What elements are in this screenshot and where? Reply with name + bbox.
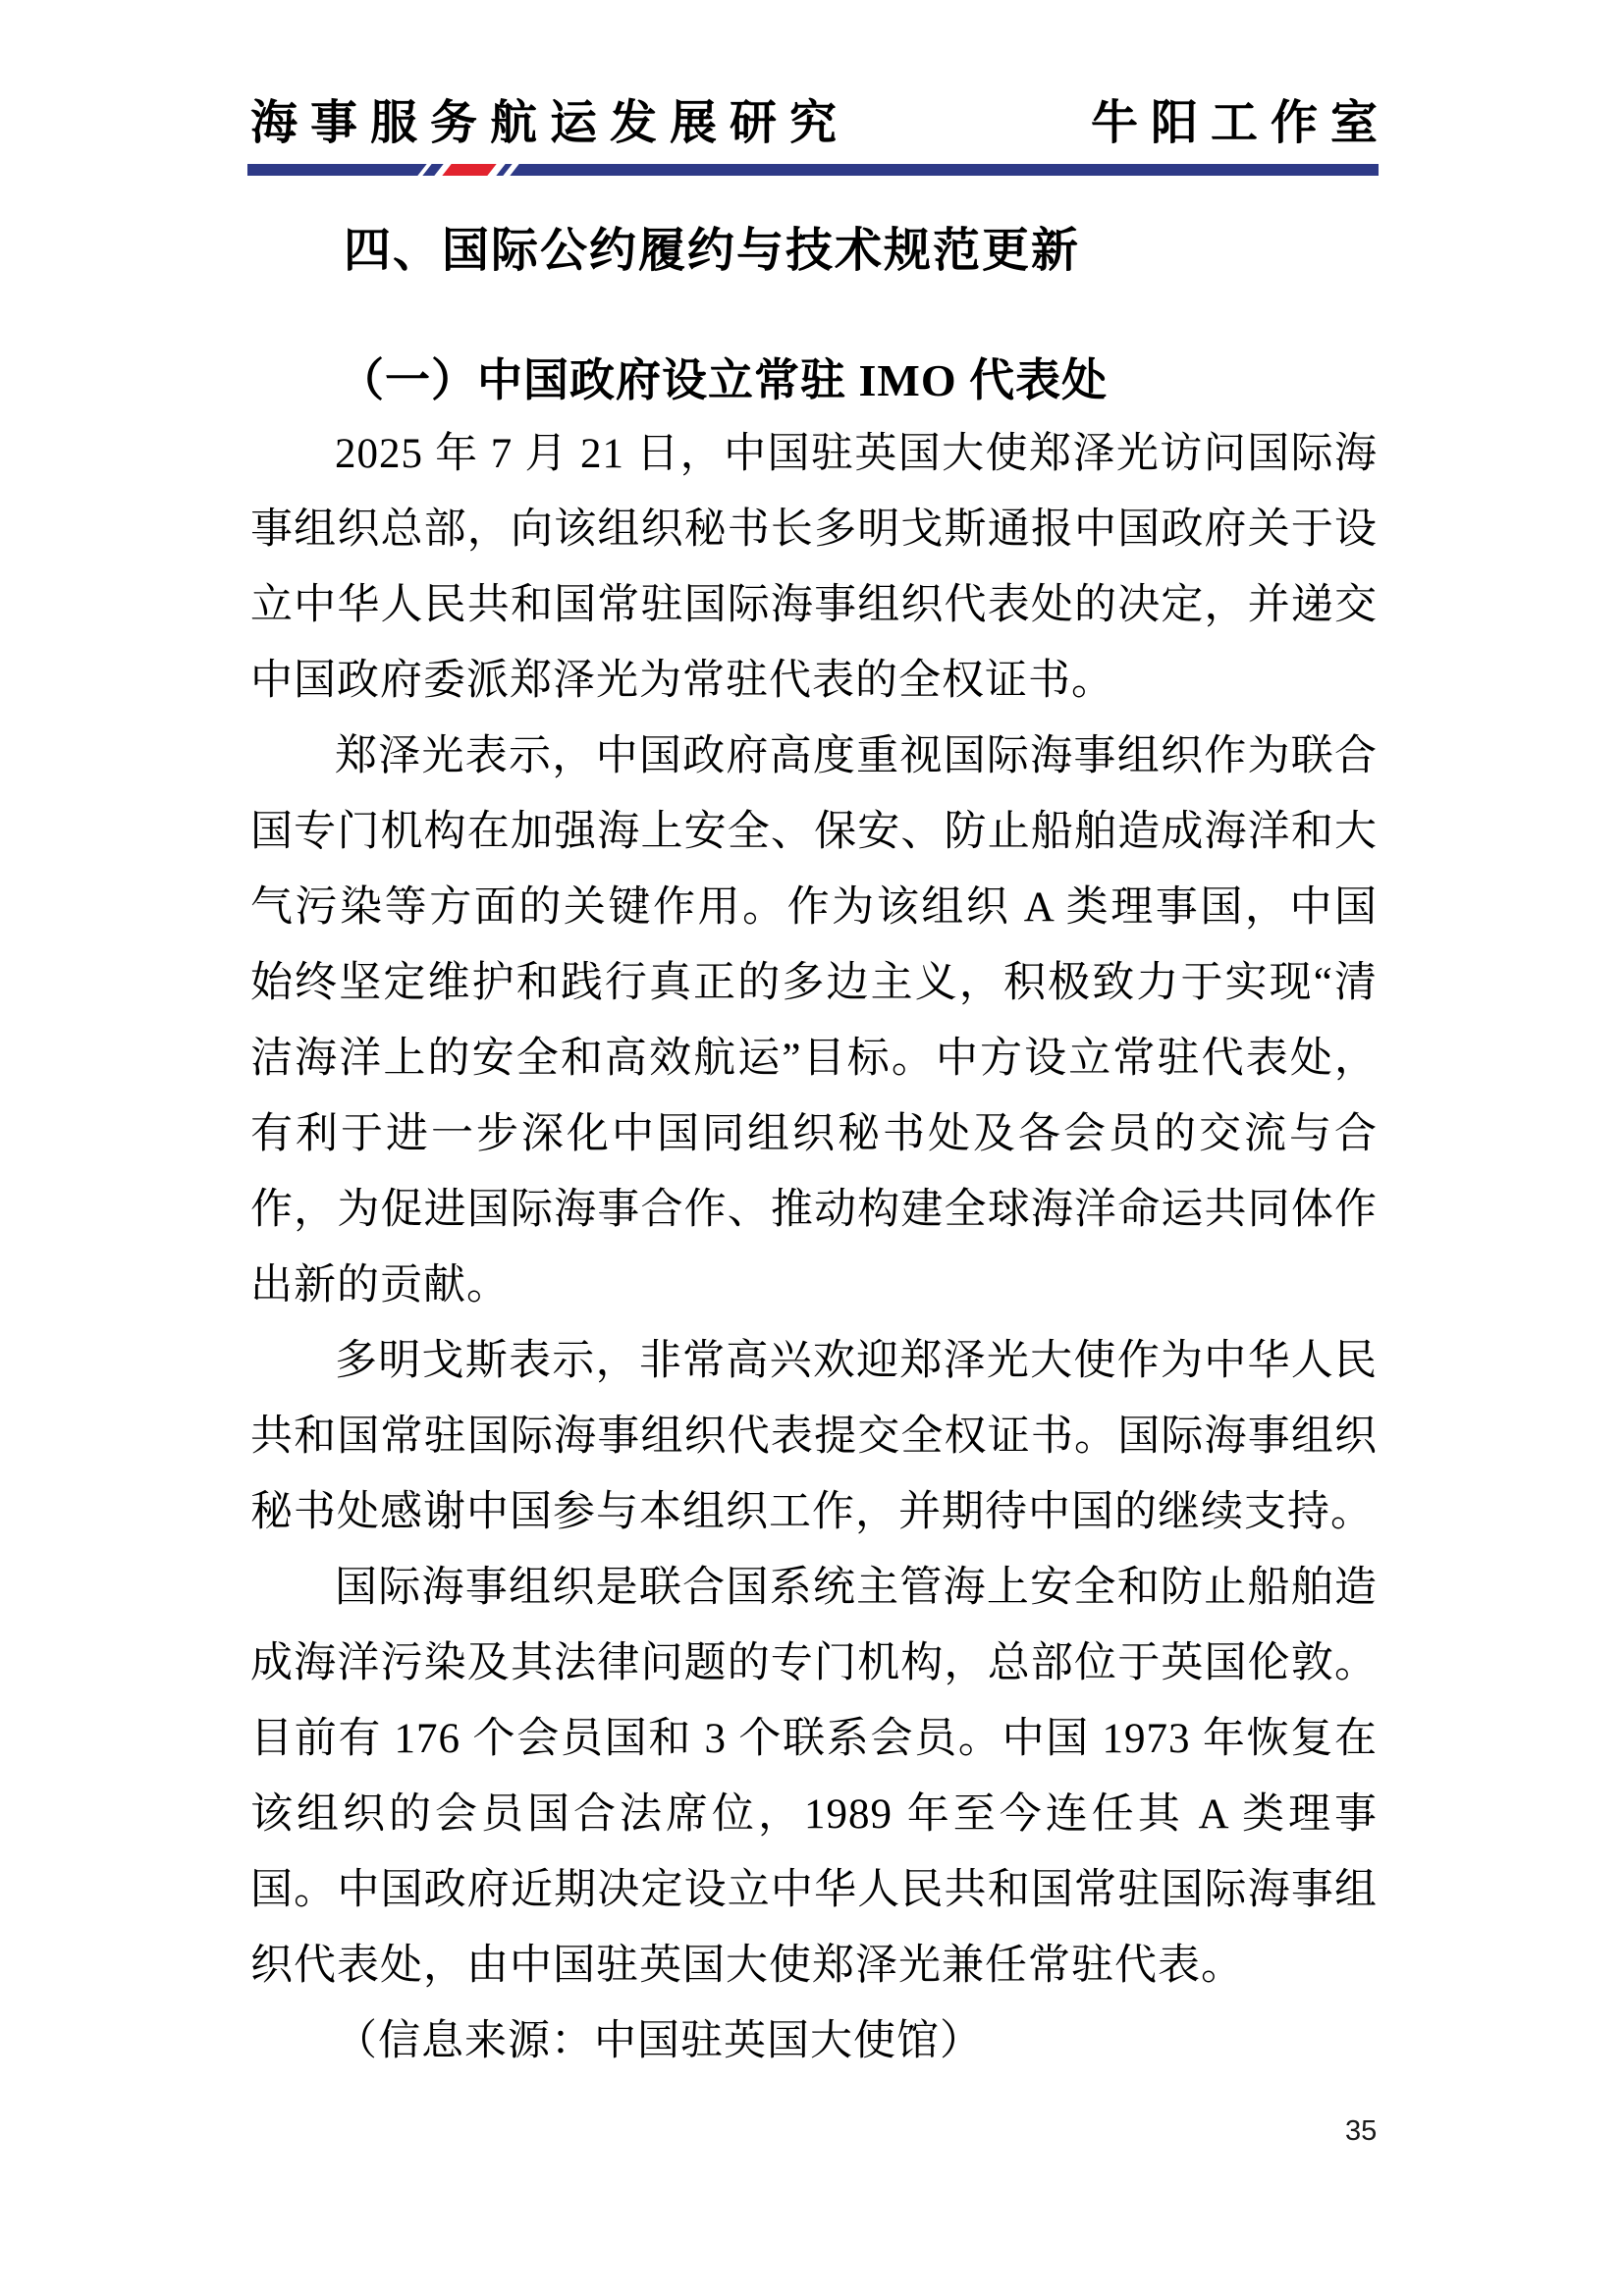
body-paragraph: 郑泽光表示，中国政府高度重视国际海事组织作为联合国专门机构在加强海上安全、保安、… xyxy=(250,719,1378,1323)
body-paragraph: 2025 年 7 月 21 日，中国驻英国大使郑泽光访问国际海事组织总部，向该组… xyxy=(250,416,1378,719)
header-divider-bar xyxy=(247,164,1379,176)
source-line: （信息来源：中国驻英国大使馆） xyxy=(250,2003,1378,2079)
document-page: 海事服务航运发展研究 牛阳工作室 四、国际公约履约与技术规范更新 （一）中国政府… xyxy=(0,0,1624,2296)
divider-stripe xyxy=(537,164,553,176)
divider-accent-red xyxy=(442,164,496,176)
body-paragraph: 国际海事组织是联合国系统主管海上安全和防止船舶造成海洋污染及其法律问题的专门机构… xyxy=(250,1550,1378,2003)
page-number: 35 xyxy=(1345,2114,1377,2148)
page-header: 海事服务航运发展研究 牛阳工作室 xyxy=(250,96,1378,151)
body-paragraph: 多明戈斯表示，非常高兴欢迎郑泽光大使作为中华人民共和国常驻国际海事组织代表提交全… xyxy=(250,1323,1378,1550)
header-left-title: 海事服务航运发展研究 xyxy=(250,96,849,151)
subsection-title: （一）中国政府设立常驻 IMO 代表处 xyxy=(339,353,1108,408)
header-right-title: 牛阳工作室 xyxy=(1091,96,1390,151)
section-title: 四、国际公约履约与技术规范更新 xyxy=(344,224,1080,279)
body-text: 2025 年 7 月 21 日，中国驻英国大使郑泽光访问国际海事组织总部，向该组… xyxy=(250,416,1378,2079)
